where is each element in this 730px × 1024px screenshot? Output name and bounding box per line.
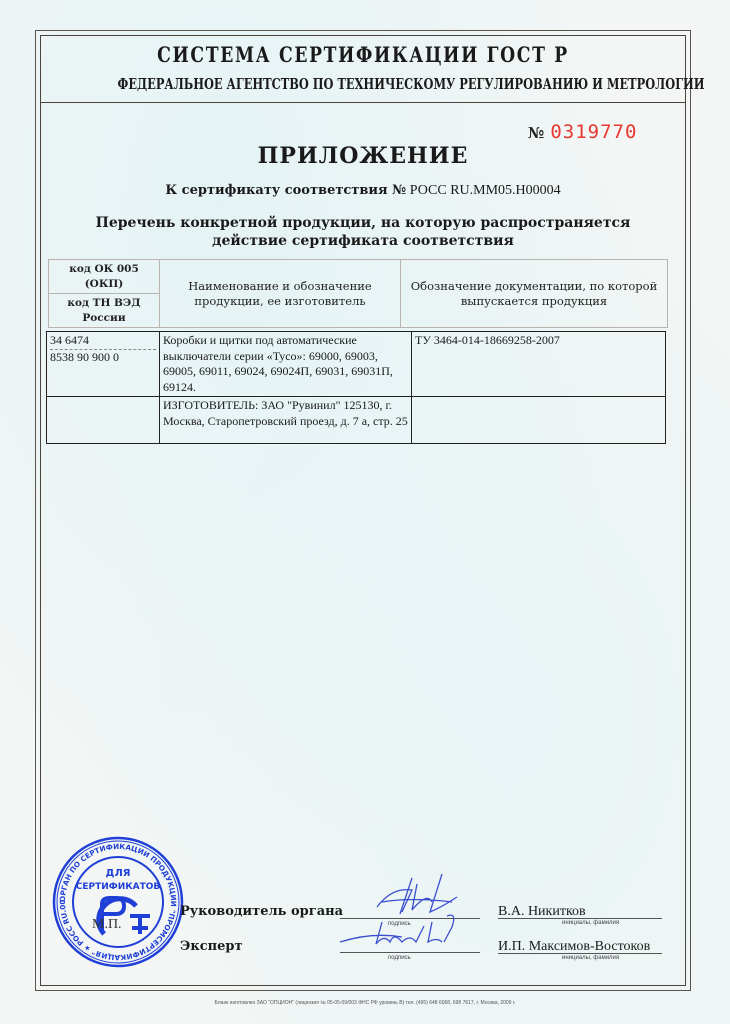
code-okp: 34 6474 <box>50 333 156 350</box>
product-docs: ТУ 3464-014-18669258-2007 <box>412 332 666 397</box>
table-header: код ОК 005 (ОКП) Наименование и обозначе… <box>48 259 668 328</box>
codes-cell <box>47 397 160 444</box>
header-name: Наименование и обозначение продукции, ее… <box>160 260 401 328</box>
document-title: ПРИЛОЖЕНИЕ <box>40 143 686 169</box>
number-sign: № <box>528 124 544 142</box>
header-code-okp: код ОК 005 (ОКП) <box>49 260 160 294</box>
role-head-label: Руководитель органа <box>180 904 343 919</box>
header-code-tnved: код ТН ВЭД России <box>49 294 160 328</box>
form-footer: Бланк изготовлен ЗАО "ОПЦИОН" (лицензия … <box>0 1000 730 1006</box>
codes-cell: 34 6474 8538 90 900 0 <box>47 332 160 397</box>
form-number-value: 0319770 <box>550 121 637 143</box>
name-line-head <box>498 918 662 919</box>
stamp-center-line2: СЕРТИФИКАТОВ <box>76 882 161 892</box>
certificate-label: К сертификату соответствия № <box>165 183 406 198</box>
product-docs <box>412 397 666 444</box>
table-row: 34 6474 8538 90 900 0 Коробки и щитки по… <box>47 332 666 397</box>
name-caption-head: инициалы, фамилия <box>562 920 619 926</box>
signature-caption-expert: подпись <box>388 955 411 961</box>
header-divider <box>40 102 686 103</box>
certification-stamp-icon: ОРГАН ПО СЕРТИФИКАЦИИ ПРОДУКЦИИ "ПРОМСЕР… <box>52 836 184 968</box>
certificate-number: РОСС RU.ММ05.Н00004 <box>410 183 561 198</box>
signature-expert-icon <box>332 912 472 952</box>
list-title-line1: Перечень конкретной продукции, на котору… <box>40 214 686 232</box>
agency-name: ФЕДЕРАЛЬНОЕ АГЕНТСТВО ПО ТЕХНИЧЕСКОМУ РЕ… <box>118 75 609 93</box>
name-caption-expert: инициалы, фамилия <box>562 955 619 961</box>
stamp-center-line1: ДЛЯ <box>106 868 131 879</box>
role-expert-label: Эксперт <box>180 939 243 954</box>
manufacturer-info: ИЗГОТОВИТЕЛЬ: ЗАО "Рувинил" 125130, г. М… <box>160 397 412 444</box>
list-title-line2: действие сертификата соответствия <box>40 232 686 250</box>
header-docs: Обозначение документации, по которой вып… <box>401 260 668 328</box>
form-number: №0319770 <box>528 121 637 143</box>
certificate-reference: К сертификату соответствия № РОСС RU.ММ0… <box>40 183 686 199</box>
product-name: Коробки и щитки под автоматические выклю… <box>160 332 412 397</box>
name-line-expert <box>498 953 662 954</box>
table-row: ИЗГОТОВИТЕЛЬ: ЗАО "Рувинил" 125130, г. М… <box>47 397 666 444</box>
code-tnved: 8538 90 900 0 <box>50 350 156 366</box>
products-table: 34 6474 8538 90 900 0 Коробки и щитки по… <box>46 331 666 444</box>
system-title: СИСТЕМА СЕРТИФИКАЦИИ ГОСТ Р <box>98 42 628 67</box>
list-title: Перечень конкретной продукции, на котору… <box>40 214 686 250</box>
signature-line-expert <box>340 952 480 953</box>
mp-label: М.П. <box>92 917 122 933</box>
